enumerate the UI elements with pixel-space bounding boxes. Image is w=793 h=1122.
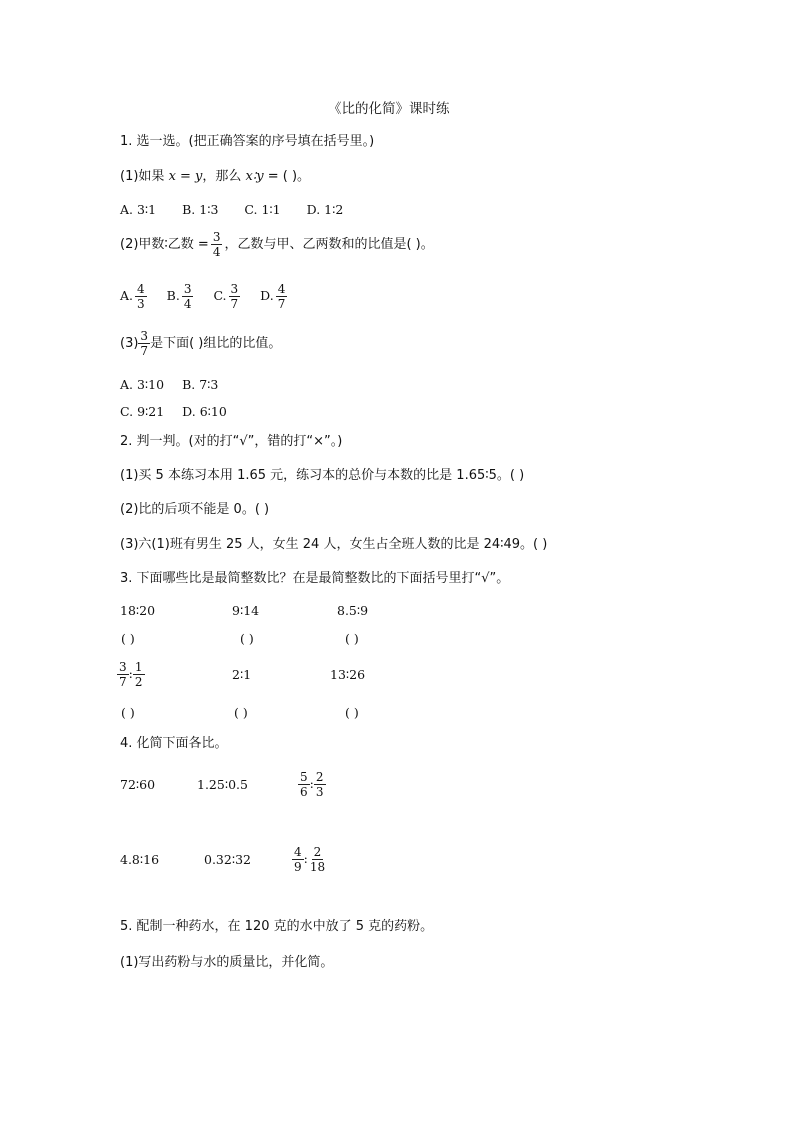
- q1-p1-prefix: (1)如果: [120, 169, 169, 184]
- q4-ratio-1: 72∶60: [120, 777, 155, 793]
- q1-p1-mid: ，那么: [202, 169, 245, 184]
- q3-blank-3[interactable]: ( ): [345, 631, 359, 647]
- q3-ratio-6: 13∶26: [330, 667, 365, 683]
- q1-p2-answer-blank[interactable]: ，乙数与甲、乙两数和的比值是( )。: [224, 237, 433, 252]
- q3-blank-2[interactable]: ( ): [240, 631, 254, 647]
- option-a: A.43: [120, 279, 149, 313]
- q1-p2: (2)甲数∶乙数 =34，乙数与甲、乙两数和的比值是( )。: [120, 228, 434, 262]
- page-title: 《比的化简》课时练: [328, 101, 450, 117]
- q1-p2-prefix: (2)甲数∶乙数 =: [120, 237, 209, 252]
- q2-item-2[interactable]: (2)比的后项不能是 0。( ): [120, 502, 269, 518]
- option-d: D. 1∶2: [307, 202, 344, 218]
- option-a: A. 3∶10: [120, 377, 164, 393]
- q1-p2-options: A.43 B.34 C.37 D.47: [120, 279, 303, 313]
- q4-ratio-6: 49:218: [292, 842, 327, 876]
- q5-heading: 5. 配制一种药水，在 120 克的水中放了 5 克的药粉。: [120, 919, 433, 935]
- q3-blank-4[interactable]: ( ): [121, 705, 135, 721]
- q1-p1: (1)如果 x = y，那么 x∶y = ( )。: [120, 169, 310, 185]
- q1-p1-eq: x = y: [169, 169, 203, 184]
- q3-blank-6[interactable]: ( ): [345, 705, 359, 721]
- q1-p1-answer-blank[interactable]: = ( )。: [264, 169, 310, 184]
- option-b: B.34: [167, 279, 196, 313]
- q4-ratio-3: 56:23: [298, 767, 326, 801]
- option-b: B. 1∶3: [182, 202, 218, 218]
- q3-heading: 3. 下面哪些比是最简整数比？在是最简整数比的下面括号里打“√”。: [120, 571, 509, 587]
- q3-ratio-4: 37:12: [117, 657, 145, 691]
- q1-p1-options: A. 3∶1 B. 1∶3 C. 1∶1 D. 1∶2: [120, 202, 357, 218]
- q1-p3: (3)37是下面( )组比的比值。: [120, 327, 281, 361]
- option-c: C. 1∶1: [244, 202, 280, 218]
- q1-p1-ratio: x∶y: [246, 169, 264, 184]
- q4-ratio-4: 4.8∶16: [120, 852, 159, 868]
- q1-p3-options-row2: C. 9∶21 D. 6∶10: [120, 404, 241, 420]
- q2-item-1[interactable]: (1)买 5 本练习本用 1.65 元，练习本的总价与本数的比是 1.65∶5。…: [120, 468, 524, 484]
- option-c: C. 9∶21: [120, 404, 164, 420]
- option-d: D.47: [260, 279, 289, 313]
- q1-p3-answer-blank[interactable]: 是下面( )组比的比值。: [150, 336, 281, 351]
- q2-item-3[interactable]: (3)六(1)班有男生 25 人，女生 24 人，女生占全班人数的比是 24∶4…: [120, 537, 547, 553]
- option-a: A. 3∶1: [120, 202, 156, 218]
- option-b: B. 7∶3: [182, 377, 218, 393]
- fraction: 37: [138, 329, 150, 358]
- q3-blank-1[interactable]: ( ): [121, 631, 135, 647]
- q3-ratio-2: 9∶14: [232, 603, 259, 619]
- q1-p3-options-row1: A. 3∶10 B. 7∶3: [120, 377, 232, 393]
- option-d: D. 6∶10: [182, 404, 227, 420]
- q3-ratio-5: 2∶1: [232, 667, 251, 683]
- q3-blank-5[interactable]: ( ): [234, 705, 248, 721]
- q5-p1: (1)写出药粉与水的质量比，并化简。: [120, 955, 333, 971]
- q4-ratio-5: 0.32∶32: [204, 852, 251, 868]
- option-c: C.37: [213, 279, 242, 313]
- q1-heading: 1. 选一选。(把正确答案的序号填在括号里。): [120, 134, 374, 150]
- q2-heading: 2. 判一判。(对的打“√”，错的打“×”。): [120, 434, 342, 450]
- q4-heading: 4. 化简下面各比。: [120, 736, 228, 752]
- q3-ratio-3: 8.5∶9: [337, 603, 368, 619]
- q4-ratio-2: 1.25∶0.5: [197, 777, 248, 793]
- fraction: 34: [211, 230, 223, 259]
- q3-ratio-1: 18∶20: [120, 603, 155, 619]
